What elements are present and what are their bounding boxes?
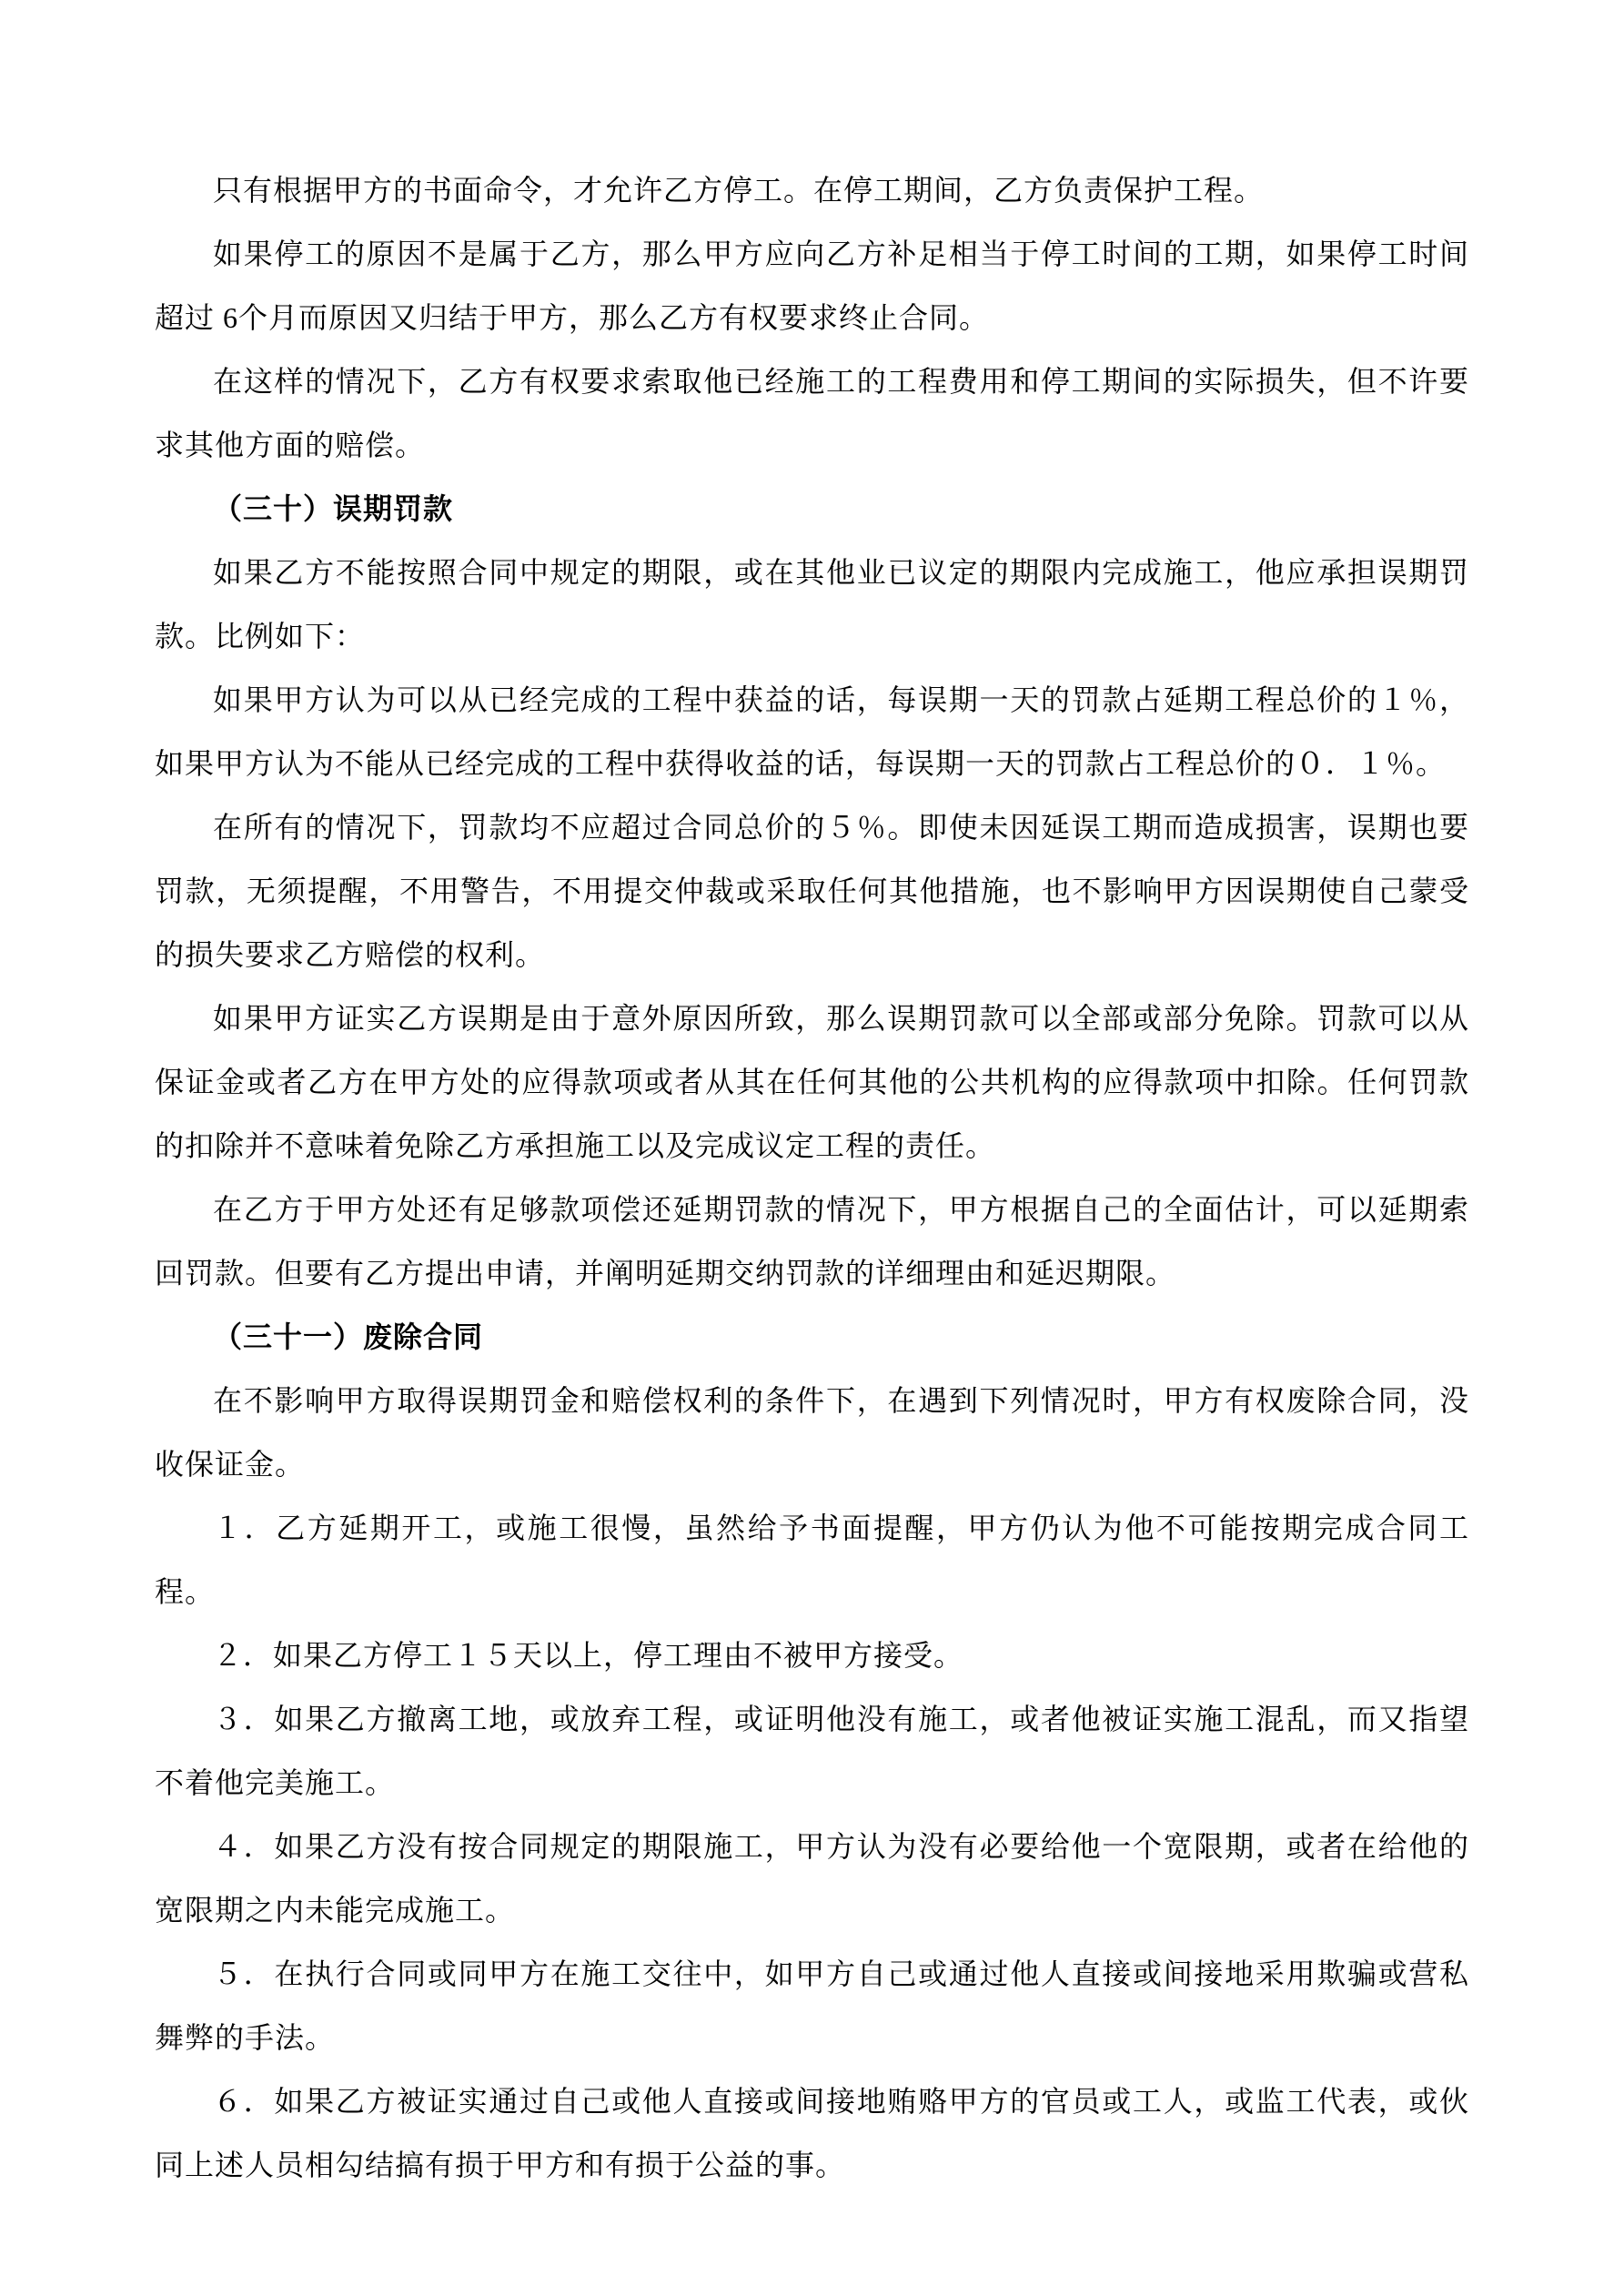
paragraph: 如果停工的原因不是属于乙方，那么甲方应向乙方补足相当于停工时间的工期，如果停工时… xyxy=(155,222,1469,349)
list-item: ６．如果乙方被证实通过自己或他人直接或间接地贿赂甲方的官员或工人，或监工代表，或… xyxy=(155,2069,1469,2197)
paragraph: 在这样的情况下，乙方有权要求索取他已经施工的工程费用和停工期间的实际损失，但不许… xyxy=(155,349,1469,477)
list-item: ４．如果乙方没有按合同规定的期限施工，甲方认为没有必要给他一个宽限期，或者在给他… xyxy=(155,1815,1469,1942)
paragraph: 在乙方于甲方处还有足够款项偿还延期罚款的情况下，甲方根据自己的全面估计，可以延期… xyxy=(155,1178,1469,1305)
paragraph: 在所有的情况下，罚款均不应超过合同总价的５％。即使未因延误工期而造成损害，误期也… xyxy=(155,795,1469,986)
list-item: ５．在执行合同或同甲方在施工交往中，如甲方自己或通过他人直接或间接地采用欺骗或营… xyxy=(155,1942,1469,2069)
section-heading: （三十一）废除合同 xyxy=(155,1305,1469,1369)
paragraph: 只有根据甲方的书面命令，才允许乙方停工。在停工期间，乙方负责保护工程。 xyxy=(155,158,1469,222)
document-page: 只有根据甲方的书面命令，才允许乙方停工。在停工期间，乙方负责保护工程。 如果停工… xyxy=(0,0,1624,2296)
list-item: １．乙方延期开工，或施工很慢，虽然给予书面提醒，甲方仍认为他不可能按期完成合同工… xyxy=(155,1496,1469,1623)
section-heading: （三十）误期罚款 xyxy=(155,477,1469,541)
paragraph: 如果乙方不能按照合同中规定的期限，或在其他业已议定的期限内完成施工，他应承担误期… xyxy=(155,541,1469,668)
list-item: ２．如果乙方停工１５天以上，停工理由不被甲方接受。 xyxy=(155,1623,1469,1687)
list-item: ３．如果乙方撤离工地，或放弃工程，或证明他没有施工，或者他被证实施工混乱，而又指… xyxy=(155,1687,1469,1815)
paragraph: 如果甲方证实乙方误期是由于意外原因所致，那么误期罚款可以全部或部分免除。罚款可以… xyxy=(155,986,1469,1178)
paragraph: 在不影响甲方取得误期罚金和赔偿权利的条件下，在遇到下列情况时，甲方有权废除合同，… xyxy=(155,1369,1469,1496)
paragraph: 如果甲方认为可以从已经完成的工程中获益的话，每误期一天的罚款占延期工程总价的１％… xyxy=(155,668,1469,795)
